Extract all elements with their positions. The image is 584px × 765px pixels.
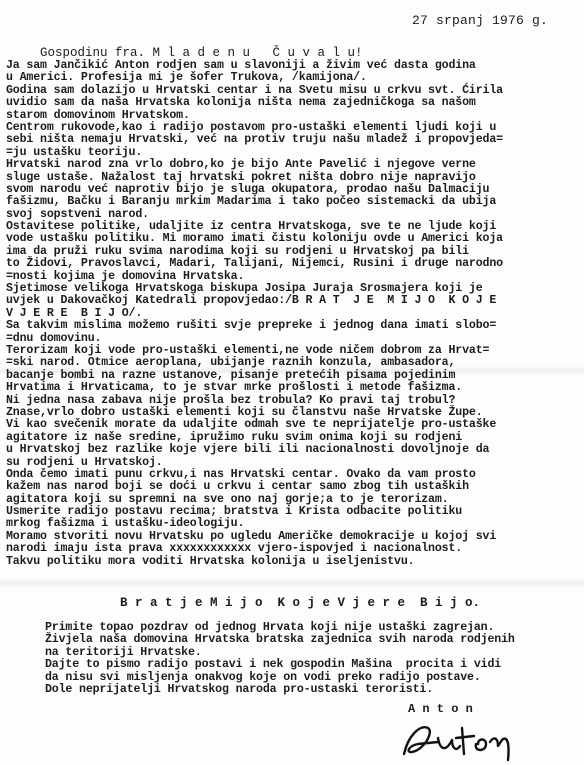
body-line: mrkog fašizma i ustašku-ideologiju. — [6, 518, 584, 530]
salutation: Gospodinu fra. M l a d e n u Č u v a l u… — [40, 46, 363, 60]
closing-line: Živjela naša domovina Hrvatska bratska z… — [45, 634, 584, 646]
fold-shadow — [0, 578, 584, 588]
closing-paragraph: Primite topao pozdrav od jednog Hrvata k… — [45, 622, 584, 696]
body-line: Takvu politiku mora voditi Hrvatska kolo… — [6, 556, 584, 568]
closing-line: Dajte to pismo radijo postavi i nek gosp… — [45, 659, 584, 671]
typewritten-letter: 27 srpanj 1976 g. Gospodinu fra. M l a d… — [0, 0, 584, 765]
body-line: narodi imaju ista prava xxxxxxxxxxxx vje… — [6, 543, 584, 555]
letter-date: 27 srpanj 1976 g. — [412, 13, 548, 28]
handwritten-signature — [398, 716, 518, 762]
body-line: u Americi. Profesija mi je šofer Trukova… — [6, 72, 584, 84]
letter-body: Ja sam Jančikić Anton rodjen sam u slavo… — [6, 60, 584, 568]
motto: B r a t j e M i j o K o j e V j e r e B … — [120, 596, 480, 610]
body-line: uvidio sam da naša Hrvatska kolonija niš… — [6, 97, 584, 109]
body-line: to Židovi, Pravoslavci, Madari, Talijani… — [6, 258, 584, 270]
body-line: Hrvatski narod zna vrlo dobro,ko je bijo… — [6, 159, 584, 171]
body-line: vode ustašku politiku. Mi moramo imati č… — [6, 233, 584, 245]
body-line: fašizmu, Bačku i Baranju mrkim Madarima … — [6, 196, 584, 208]
typed-signature: A n t o n — [408, 702, 473, 716]
body-line: uvjek u Dakovačkoj Katedrali propovjedao… — [6, 295, 584, 307]
body-line: u Hrvatskoj bez razlike koje vjere bili … — [6, 444, 584, 456]
fold-shadow — [0, 366, 584, 376]
body-line: Vi kao svečenik morate da udaljite odmah… — [6, 419, 584, 431]
body-line: sebi ništa nemaju Hrvatski, već na proti… — [6, 134, 584, 146]
closing-line: Dole neprijatelji Hrvatskog naroda pro-u… — [45, 684, 584, 696]
body-line: Hrvatima i Hrvaticama, to je stvar mrke … — [6, 382, 584, 394]
body-line: Sa takvim mislima možemo rušiti svje pre… — [6, 320, 584, 332]
body-line: kažem nas narod boji se doći u crkvu i c… — [6, 481, 584, 493]
